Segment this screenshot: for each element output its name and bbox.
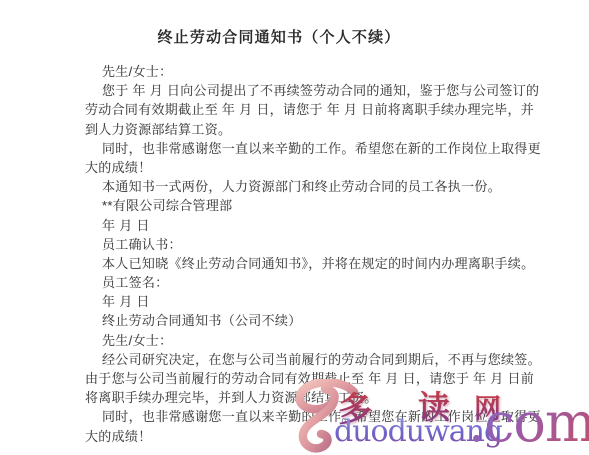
document-line: 经公司研究决定，在您与公司当前履行的劳动合同到期后，不再与您续签。	[85, 350, 545, 369]
document-body: 先生/女士：您于 年 月 日向公司提出了不再续签劳动合同的通知，鉴于您与公司签订…	[85, 62, 545, 446]
document-line: 先生/女士：	[85, 331, 545, 350]
document-line: **有限公司综合管理部	[85, 196, 545, 215]
document-line: 本通知书一式两份，人力资源部门和终止劳动合同的员工各执一份。	[85, 177, 545, 196]
document-line: 年 月 日	[85, 216, 545, 235]
document-line: 将离职手续办理完毕，并到人力资源部结算工资。	[85, 388, 545, 407]
document-line: 到人力资源部结算工资。	[85, 120, 545, 139]
document-line: 终止劳动合同通知书（公司不续）	[85, 311, 545, 330]
document-line: 大的成绩！	[85, 158, 545, 177]
document-line: 员工确认书：	[85, 235, 545, 254]
document-line: 您于 年 月 日向公司提出了不再续签劳动合同的通知，鉴于您与公司签订的	[85, 81, 545, 100]
document-line: 年 月 日	[85, 292, 545, 311]
document-line: 员工签名：	[85, 273, 545, 292]
document-line: 本人已知晓《终止劳动合同通知书》，并将在规定的时间内办理离职手续。	[85, 254, 545, 273]
document-line: 同时，也非常感谢您一直以来辛勤的工作。希望您在新的工作岗位上取得更	[85, 407, 545, 426]
document-line: 同时，也非常感谢您一直以来辛勤的工作。希望您在新的工作岗位上取得更	[85, 139, 545, 158]
document-line: 劳动合同有效期截止至 年 月 日，请您于 年 月 日前将离职手续办理完毕，并	[85, 100, 545, 119]
document-page: 终止劳动合同通知书（个人不续） 先生/女士：您于 年 月 日向公司提出了不再续签…	[0, 0, 589, 455]
document-title: 终止劳动合同通知书（个人不续）	[0, 26, 558, 47]
document-line: 大的成绩！	[85, 427, 545, 446]
document-line: 由于您与公司当前履行的劳动合同有效期截止至 年 月 日，请您于 年 月 日前	[85, 369, 545, 388]
document-line: 先生/女士：	[85, 62, 545, 81]
